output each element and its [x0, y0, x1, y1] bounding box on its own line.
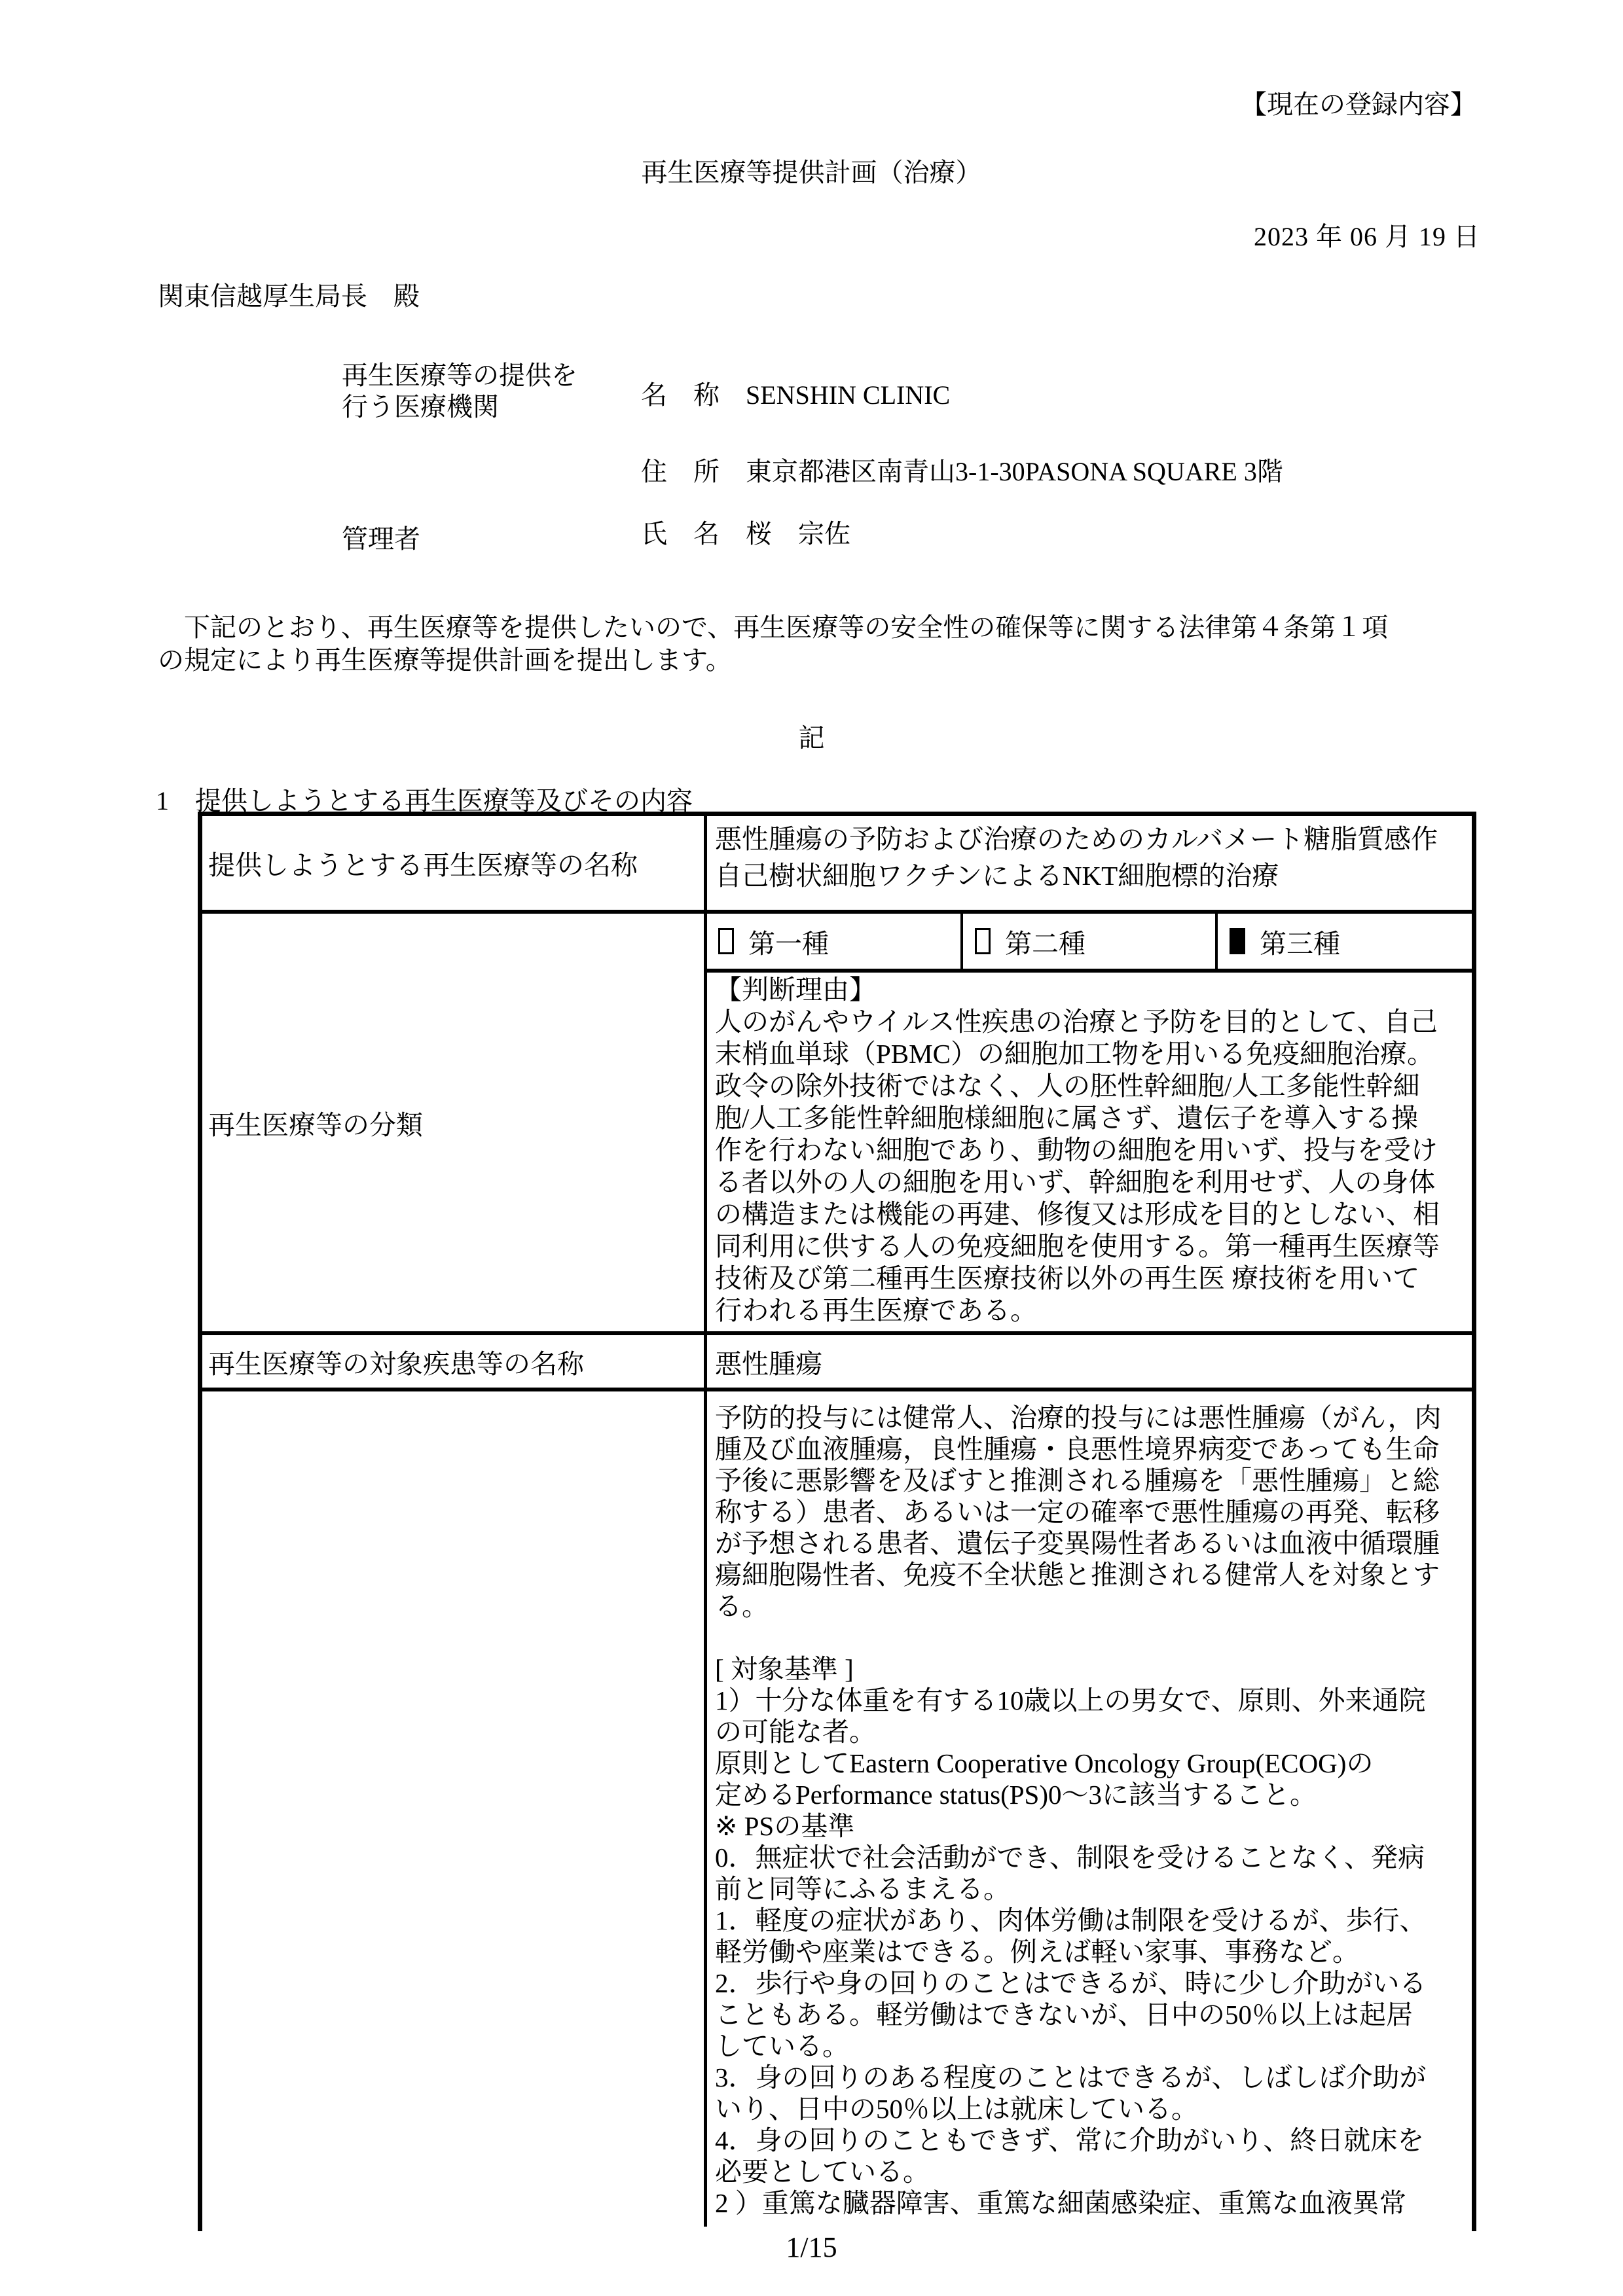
classification-option-type3-label: 第三種 [1260, 922, 1340, 961]
page-number: 1/15 [0, 2231, 1623, 2264]
classification-reason-text: 【判断理由】 人のがんやウイルス性疾患の治療と予防を目的として、自己 末梢血単球… [715, 974, 1471, 1327]
classification-label: 再生医療等の分類 [208, 914, 693, 1331]
table-row-divider-4 [198, 1388, 1472, 1391]
addressee: 関東信越厚生局長 殿 [158, 276, 420, 313]
checkbox-type3-checked-icon [1230, 928, 1245, 954]
institution-name-value: SENSHIN CLINIC [746, 380, 950, 410]
table-column-divider [704, 812, 707, 2227]
checkbox-cell-divider-2 [1215, 910, 1218, 969]
submitting-institution-label: 再生医療等の提供を 行う医療機関 [342, 360, 577, 423]
treatment-name-value: 悪性腫瘍の予防および治療のためのカルバメート糖脂質感作 自己樹状細胞ワクチンによ… [715, 821, 1471, 894]
classification-option-type1: 第一種 [718, 914, 954, 969]
institution-address-value: 東京都港区南青山3-1-30PASONA SQUARE 3階 [746, 457, 1283, 486]
document-date: 2023 年 06 月 19 日 [0, 216, 1480, 253]
institution-name-label: 名 称 [641, 380, 720, 410]
manager-name-label: 氏 名 [641, 519, 720, 548]
manager-label: 管理者 [342, 518, 420, 556]
classification-option-type2: 第二種 [975, 914, 1207, 969]
treatment-name-label: 提供しようとする再生医療等の名称 [208, 816, 693, 910]
classification-option-type3: 第三種 [1230, 914, 1465, 969]
manager-name-row: 氏 名桜 宗佐 [641, 518, 850, 550]
institution-address-row: 住 所東京都港区南青山3-1-30PASONA SQUARE 3階 [641, 456, 1283, 488]
preamble-paragraph: 下記のとおり、再生医療等を提供したいので、再生医療等の安全性の確保等に関する法律… [158, 611, 1487, 677]
institution-name-row: 名 称SENSHIN CLINIC [641, 380, 950, 411]
table-row-divider-2 [704, 969, 1472, 973]
ki-separator: 記 [0, 717, 1623, 755]
institution-address-label: 住 所 [641, 457, 720, 486]
target-disease-value: 悪性腫瘍 [715, 1335, 1471, 1388]
document-title: 再生医療等提供計画（治療） [0, 152, 1623, 189]
registration-status-tag: 【現在の登録内容】 [0, 84, 1476, 121]
classification-option-type2-label: 第二種 [1005, 922, 1085, 961]
checkbox-cell-divider-1 [960, 910, 963, 969]
checkbox-type2-unchecked-icon [975, 928, 991, 954]
classification-option-type1-label: 第一種 [748, 922, 829, 961]
manager-name-value: 桜 宗佐 [746, 519, 850, 548]
document-page: 【現在の登録内容】 再生医療等提供計画（治療） 2023 年 06 月 19 日… [0, 0, 1623, 2296]
checkbox-type1-unchecked-icon [718, 928, 734, 954]
target-criteria-text: 予防的投与には健常人、治療的投与には悪性腫瘍（がん，肉 腫及び血液腫瘍，良性腫瘍… [715, 1402, 1471, 2225]
target-disease-label: 再生医療等の対象疾患等の名称 [208, 1335, 693, 1388]
